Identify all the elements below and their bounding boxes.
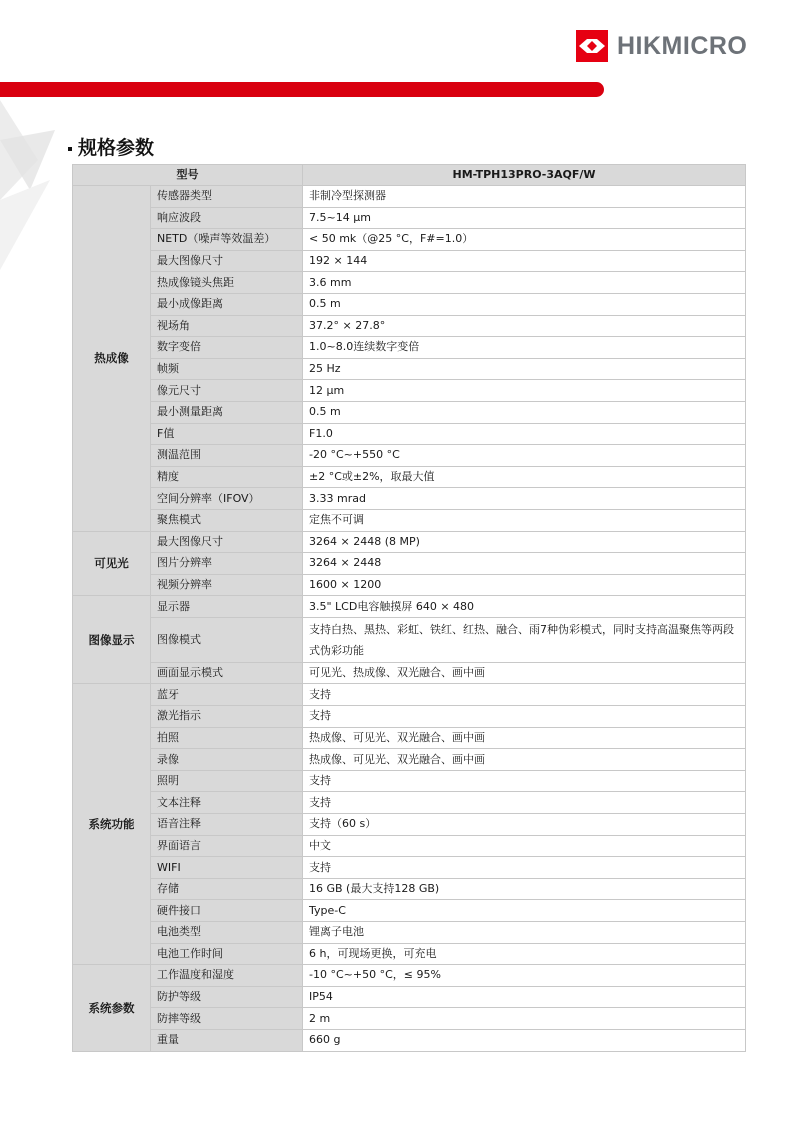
table-row: 防护等级IP54 [73,986,746,1008]
spec-value: 6 h，可现场更换，可充电 [303,943,746,965]
spec-value: 16 GB (最大支持128 GB) [303,878,746,900]
spec-label: 重量 [151,1029,303,1051]
table-row: 最小成像距离0.5 m [73,293,746,315]
spec-value: 3.33 mrad [303,488,746,510]
spec-value: 支持 [303,706,746,728]
spec-label: 最大图像尺寸 [151,531,303,553]
table-row: 激光指示支持 [73,706,746,728]
table-header-row: 型号 HM-TPH13PRO-3AQF/W [73,165,746,186]
table-row: 录像热成像、可见光、双光融合、画中画 [73,749,746,771]
table-row: 图片分辨率3264 × 2448 [73,553,746,575]
spec-value: 中文 [303,835,746,857]
table-row: 最大图像尺寸192 × 144 [73,250,746,272]
spec-value: 3264 × 2448 (8 MP) [303,531,746,553]
spec-value: 1600 × 1200 [303,574,746,596]
spec-label: 硬件接口 [151,900,303,922]
table-row: 空间分辨率（IFOV）3.33 mrad [73,488,746,510]
spec-label: 画面显示模式 [151,662,303,684]
spec-value: 1.0~8.0连续数字变倍 [303,337,746,359]
spec-label: 帧频 [151,358,303,380]
table-row: 视频分辨率1600 × 1200 [73,574,746,596]
table-row: 防摔等级2 m [73,1008,746,1030]
spec-label: 视场角 [151,315,303,337]
table-row: 响应波段7.5~14 μm [73,207,746,229]
spec-value: < 50 mk（@25 °C，F#=1.0） [303,229,746,251]
table-row: 系统功能蓝牙支持 [73,684,746,706]
spec-label: 存储 [151,878,303,900]
category-cell: 热成像 [73,186,151,532]
spec-label: 防摔等级 [151,1008,303,1030]
spec-label: WIFI [151,857,303,879]
table-row: 热成像传感器类型非制冷型探测器 [73,186,746,208]
table-row: F值F1.0 [73,423,746,445]
table-row: 图像显示显示器3.5" LCD电容触摸屏 640 × 480 [73,596,746,618]
spec-label: 防护等级 [151,986,303,1008]
decorative-shape-icon [0,100,60,280]
spec-label: 视频分辨率 [151,574,303,596]
table-row: 文本注释支持 [73,792,746,814]
spec-label: 语音注释 [151,814,303,836]
table-row: 照明支持 [73,770,746,792]
spec-label: 图像模式 [151,617,303,662]
spec-label: 图片分辨率 [151,553,303,575]
spec-table: 型号 HM-TPH13PRO-3AQF/W 热成像传感器类型非制冷型探测器响应波… [72,164,746,1052]
header-model-value: HM-TPH13PRO-3AQF/W [303,165,746,186]
table-row: 数字变倍1.0~8.0连续数字变倍 [73,337,746,359]
spec-value: 37.2° × 27.8° [303,315,746,337]
spec-value: 支持 [303,770,746,792]
spec-value: 2 m [303,1008,746,1030]
spec-value: 支持（60 s） [303,814,746,836]
spec-label: 电池工作时间 [151,943,303,965]
table-row: 语音注释支持（60 s） [73,814,746,836]
spec-label: 界面语言 [151,835,303,857]
spec-label: NETD（噪声等效温差） [151,229,303,251]
brand-logo: HIKMICRO [576,30,747,62]
spec-value: 192 × 144 [303,250,746,272]
table-row: 最小测量距离0.5 m [73,401,746,423]
header-model-label: 型号 [73,165,303,186]
spec-label: 聚焦模式 [151,509,303,531]
table-row: NETD（噪声等效温差）< 50 mk（@25 °C，F#=1.0） [73,229,746,251]
spec-value: 锂离子电池 [303,922,746,944]
table-row: 电池类型锂离子电池 [73,922,746,944]
table-row: 精度±2 °C或±2%，取最大值 [73,466,746,488]
spec-label: 蓝牙 [151,684,303,706]
spec-value: 0.5 m [303,293,746,315]
spec-label: 热成像镜头焦距 [151,272,303,294]
spec-label: 空间分辨率（IFOV） [151,488,303,510]
table-row: 拍照热成像、可见光、双光融合、画中画 [73,727,746,749]
table-row: 可见光最大图像尺寸3264 × 2448 (8 MP) [73,531,746,553]
table-row: 重量660 g [73,1029,746,1051]
spec-value: 0.5 m [303,401,746,423]
table-row: 电池工作时间6 h，可现场更换，可充电 [73,943,746,965]
spec-label: 响应波段 [151,207,303,229]
spec-label: 精度 [151,466,303,488]
spec-value: F1.0 [303,423,746,445]
spec-value: 支持白热、黑热、彩虹、铁红、红热、融合、雨7种伪彩模式，同时支持高温聚焦等两段式… [303,617,746,662]
spec-label: 数字变倍 [151,337,303,359]
spec-label: 照明 [151,770,303,792]
table-row: 测温范围-20 °C~+550 °C [73,445,746,467]
section-title: 规格参数 [68,133,154,160]
spec-value: 非制冷型探测器 [303,186,746,208]
spec-label: F值 [151,423,303,445]
spec-value: 3.6 mm [303,272,746,294]
spec-value: 热成像、可见光、双光融合、画中画 [303,727,746,749]
header-red-bar [0,82,604,97]
spec-label: 最大图像尺寸 [151,250,303,272]
spec-value: IP54 [303,986,746,1008]
spec-label: 最小测量距离 [151,401,303,423]
table-row: 热成像镜头焦距3.6 mm [73,272,746,294]
spec-value: Type-C [303,900,746,922]
spec-value: 660 g [303,1029,746,1051]
spec-label: 最小成像距离 [151,293,303,315]
spec-label: 工作温度和湿度 [151,965,303,987]
table-row: 界面语言中文 [73,835,746,857]
spec-label: 显示器 [151,596,303,618]
table-row: 帧频25 Hz [73,358,746,380]
spec-label: 拍照 [151,727,303,749]
category-cell: 系统功能 [73,684,151,965]
table-row: 聚焦模式定焦不可调 [73,509,746,531]
spec-value: 25 Hz [303,358,746,380]
spec-label: 文本注释 [151,792,303,814]
spec-value: 支持 [303,857,746,879]
spec-value: 3264 × 2448 [303,553,746,575]
spec-label: 像元尺寸 [151,380,303,402]
spec-value: 3.5" LCD电容触摸屏 640 × 480 [303,596,746,618]
spec-value: -10 °C~+50 °C，≤ 95% [303,965,746,987]
spec-label: 录像 [151,749,303,771]
spec-value: -20 °C~+550 °C [303,445,746,467]
brand-name: HIKMICRO [617,32,747,61]
table-row: WIFI支持 [73,857,746,879]
spec-value: 支持 [303,792,746,814]
spec-value: ±2 °C或±2%，取最大值 [303,466,746,488]
hikmicro-logo-icon [576,30,608,62]
spec-value: 可见光、热成像、双光融合、画中画 [303,662,746,684]
table-row: 系统参数工作温度和湿度-10 °C~+50 °C，≤ 95% [73,965,746,987]
spec-value: 支持 [303,684,746,706]
spec-value: 12 μm [303,380,746,402]
spec-value: 7.5~14 μm [303,207,746,229]
table-row: 图像模式支持白热、黑热、彩虹、铁红、红热、融合、雨7种伪彩模式，同时支持高温聚焦… [73,617,746,662]
table-row: 像元尺寸12 μm [73,380,746,402]
table-row: 存储16 GB (最大支持128 GB) [73,878,746,900]
spec-value: 热成像、可见光、双光融合、画中画 [303,749,746,771]
spec-label: 激光指示 [151,706,303,728]
category-cell: 图像显示 [73,596,151,684]
table-row: 视场角37.2° × 27.8° [73,315,746,337]
category-cell: 系统参数 [73,965,151,1051]
spec-value: 定焦不可调 [303,509,746,531]
category-cell: 可见光 [73,531,151,596]
table-row: 画面显示模式可见光、热成像、双光融合、画中画 [73,662,746,684]
bullet-icon [68,147,72,151]
spec-label: 传感器类型 [151,186,303,208]
spec-label: 测温范围 [151,445,303,467]
table-row: 硬件接口Type-C [73,900,746,922]
spec-label: 电池类型 [151,922,303,944]
